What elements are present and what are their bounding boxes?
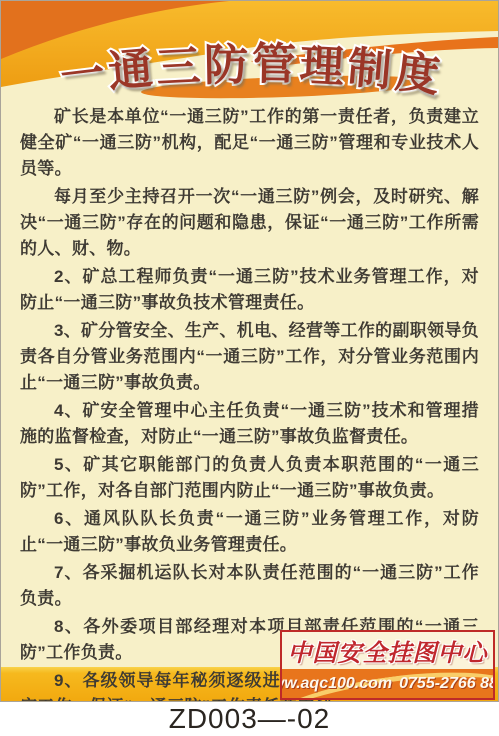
- title-char: 一: [56, 37, 107, 106]
- product-code: ZD003—-02: [169, 703, 331, 735]
- poster-title: 一通三防管理制度: [1, 31, 498, 95]
- title-char: 度: [392, 36, 443, 105]
- footer: ZD003—-02: [0, 702, 499, 736]
- title-char: 理: [298, 29, 345, 95]
- poster-page: 一通三防管理制度 矿长是本单位“一通三防”工作的第一责任者，负责建立健全矿“一通…: [0, 0, 499, 736]
- publisher-name: 中国安全挂图中心: [288, 633, 488, 668]
- rule-paragraph: 6、通风队队长负责“一通三防”业务管理工作，对防止“一通三防”事故负业务管理责任…: [20, 506, 479, 558]
- publisher-name-row: 中国安全挂图中心: [282, 632, 493, 669]
- rule-paragraph: 5、矿其它职能部门的负责人负责本职范围的“一通三防”工作，对各自部门范围内防止“…: [20, 452, 479, 504]
- title-char: 三: [154, 30, 201, 96]
- title-char: 通: [105, 32, 154, 100]
- rule-paragraph: 7、各采掘机运队长对本队责任范围的“一通三防”工作负责。: [20, 560, 479, 612]
- header-banner: 一通三防管理制度: [1, 1, 498, 101]
- rule-paragraph: 4、矿安全管理中心主任负责“一通三防”技术和管理措施的监督检查，对防止“一通三防…: [20, 398, 479, 450]
- rule-paragraph: 矿长是本单位“一通三防”工作的第一责任者，负责建立健全矿“一通三防”机构，配足“…: [20, 104, 479, 182]
- title-char: 管: [251, 28, 296, 93]
- safety-poster: 一通三防管理制度 矿长是本单位“一通三防”工作的第一责任者，负责建立健全矿“一通…: [0, 0, 499, 702]
- title-char: 防: [203, 29, 248, 94]
- rule-paragraph: 2、矿总工程师负责“一通三防”技术业务管理工作，对防止“一通三防”事故负技术管理…: [20, 264, 479, 316]
- rule-paragraph: 每月至少主持召开一次“一通三防”例会，及时研究、解决“一通三防”存在的问题和隐患…: [20, 184, 479, 262]
- rule-paragraph: 3、矿分管安全、生产、机电、经营等工作的副职领导负责各自分管业务范围内“一通三防…: [20, 318, 479, 396]
- publisher-contact-row: www.aqc100.com 0755-2766 8885: [282, 669, 493, 698]
- title-char: 制: [345, 31, 394, 99]
- rules-text: 矿长是本单位“一通三防”工作的第一责任者，负责建立健全矿“一通三防”机构，配足“…: [1, 101, 498, 702]
- publisher-watermark: 中国安全挂图中心 www.aqc100.com 0755-2766 8885: [280, 630, 495, 700]
- publisher-phone: 0755-2766 8885: [399, 675, 493, 693]
- publisher-website: www.aqc100.com: [282, 675, 392, 693]
